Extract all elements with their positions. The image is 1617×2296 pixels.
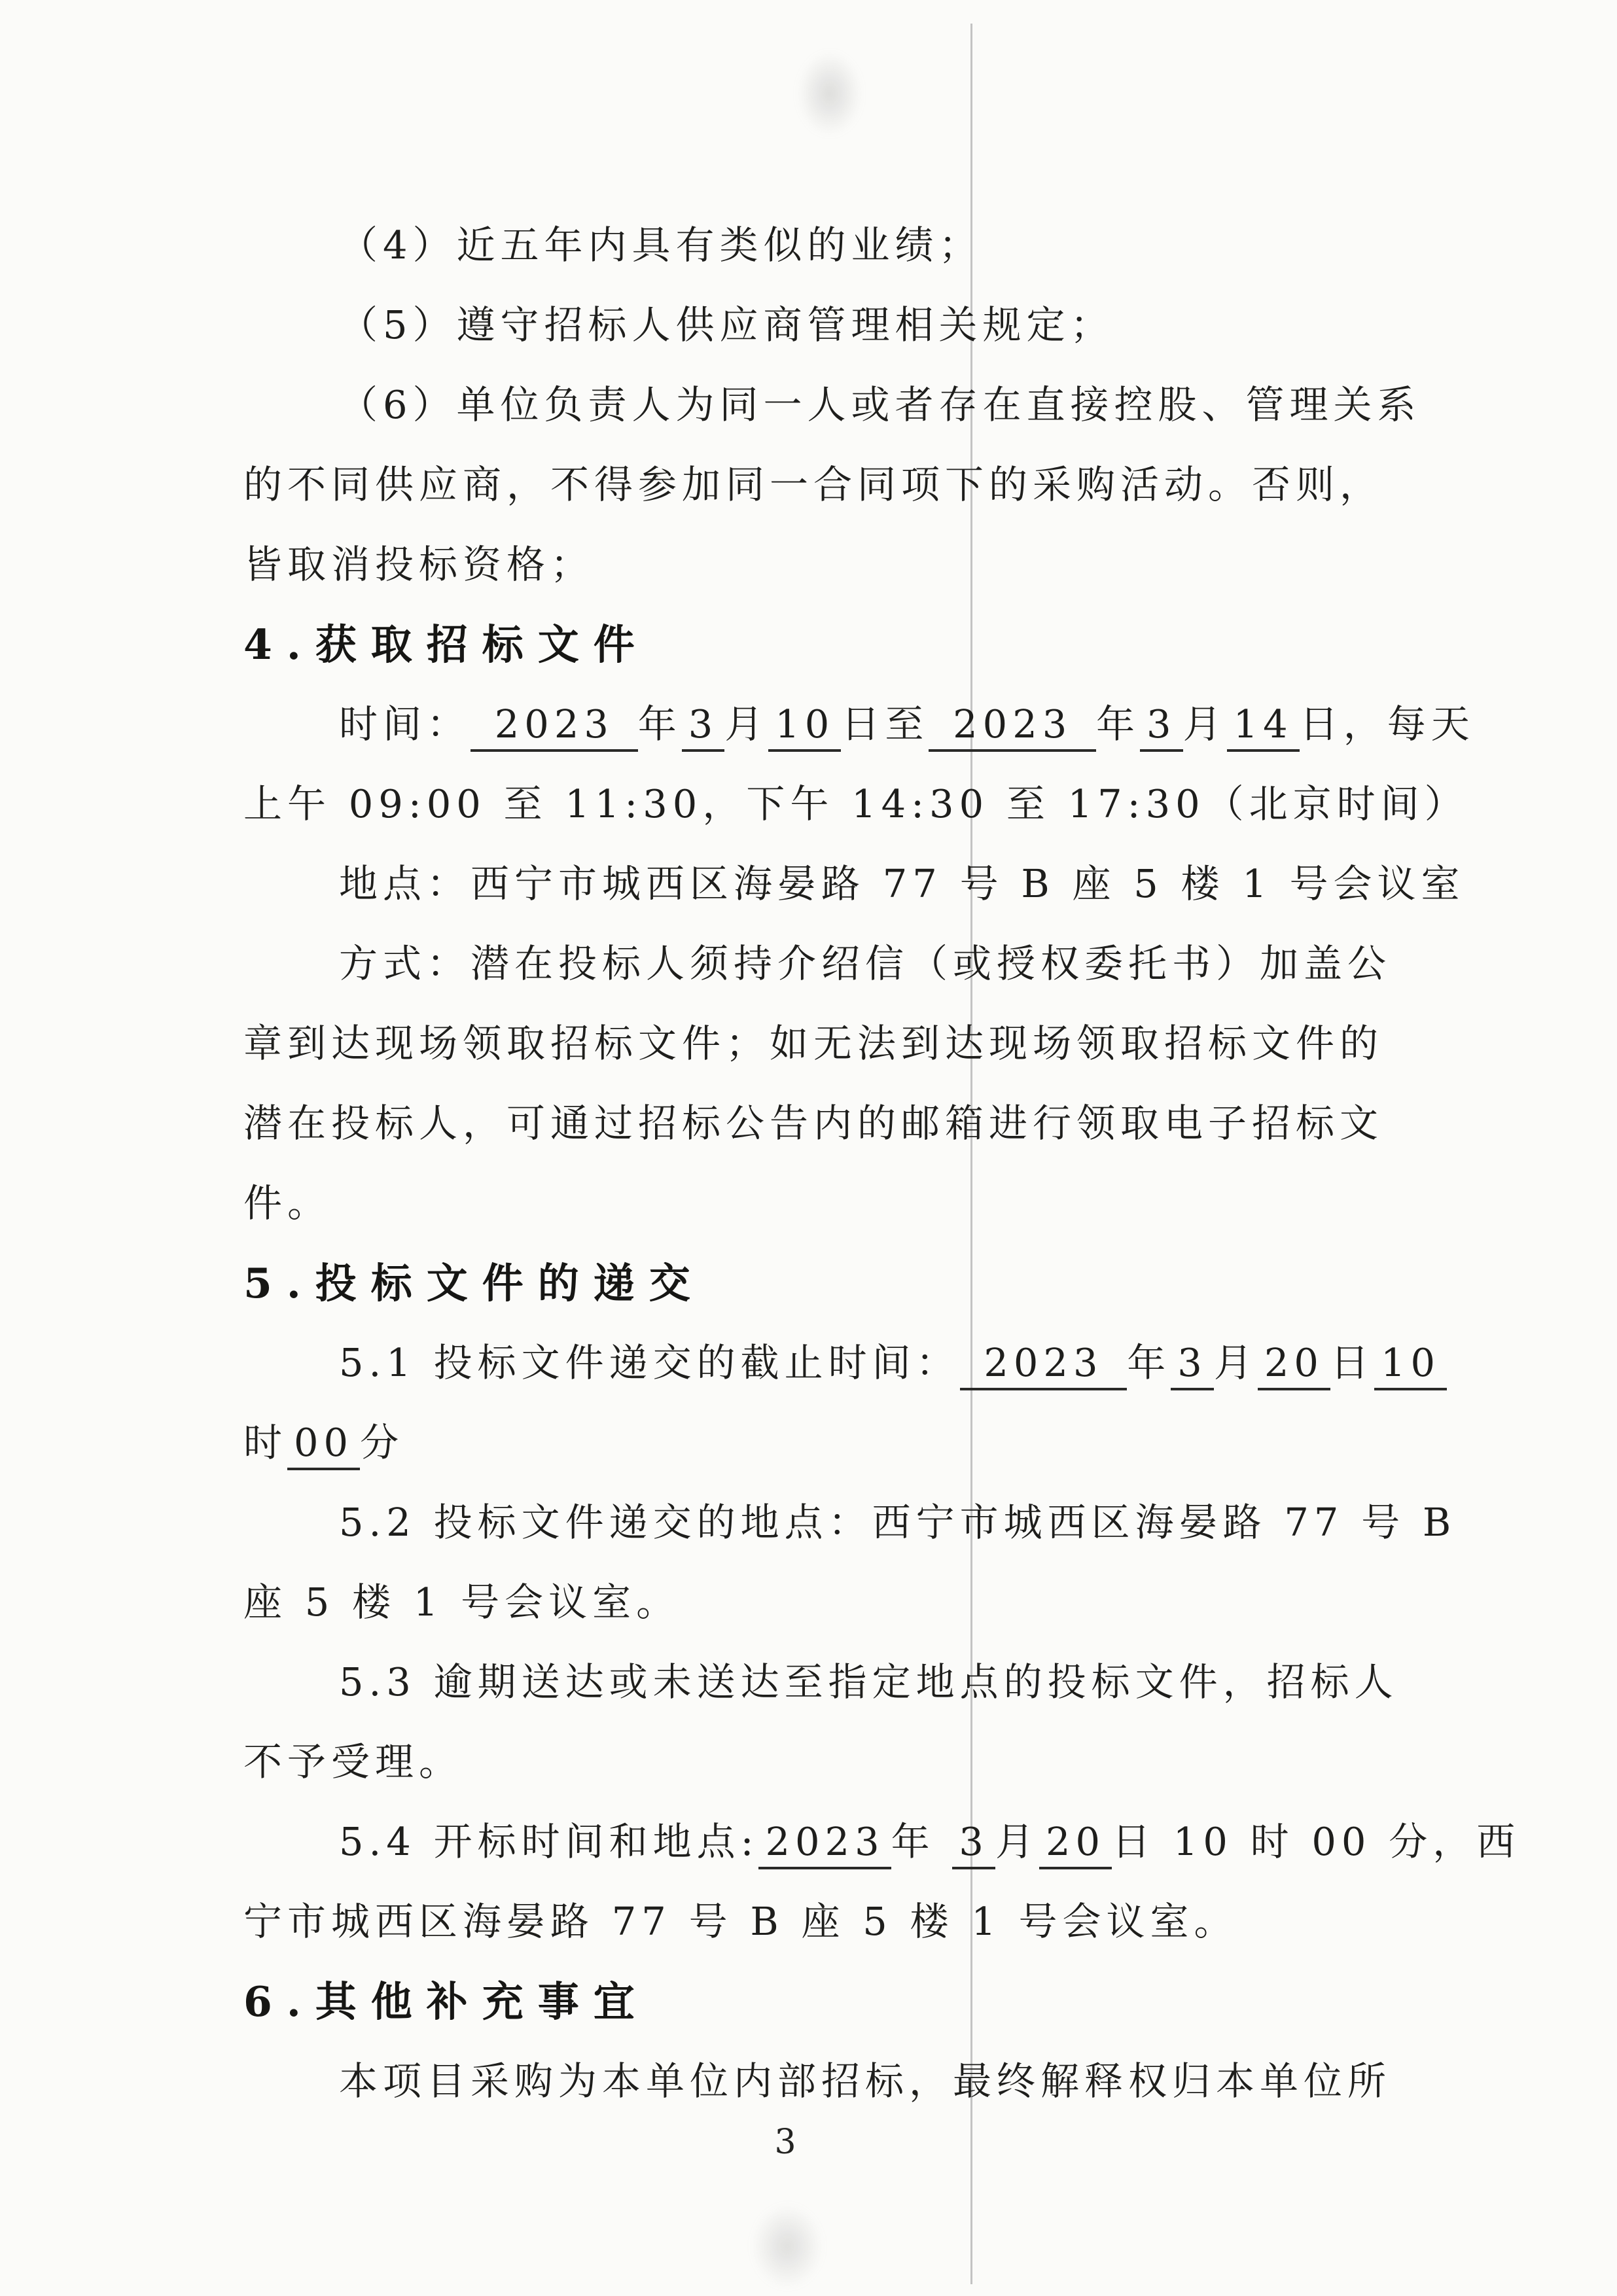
text-line: 5.2 投标文件递交的地点：西宁市城西区海晏路 77 号 B: [243, 1483, 1441, 1563]
scanned-page: { "page": { "number": "3", "colors": { "…: [0, 0, 1617, 2296]
text-segment: 5.2 投标文件递交的地点：西宁市城西区海晏路 77 号 B: [339, 1500, 1456, 1545]
text-line: 的不同供应商，不得参加同一合同项下的采购活动。否则，: [243, 445, 1441, 525]
text-segment: （4）近五年内具有类似的业绩；: [339, 222, 983, 268]
text-segment: 5.1 投标文件递交的截止时间：: [339, 1340, 960, 1385]
text-line: 地点：西宁市城西区海晏路 77 号 B 座 5 楼 1 号会议室: [243, 844, 1441, 924]
underlined-value: 3: [1140, 701, 1183, 752]
text-segment: （5）遵守招标人供应商管理相关规定；: [339, 302, 1114, 347]
text-line: 5.4 开标时间和地点:2023年 3月20日 10 时 00 分，西: [243, 1802, 1441, 1882]
text-segment: 本项目采购为本单位内部招标，最终解释权归本单位所: [339, 2058, 1391, 2104]
text-line: 5.1 投标文件递交的截止时间： 2023 年3月20日10: [243, 1323, 1441, 1403]
text-segment: 宁市城西区海晏路 77 号 B 座 5 楼 1 号会议室。: [243, 1899, 1238, 1944]
text-segment: 皆取消投标资格；: [243, 542, 594, 587]
underlined-value: 10: [1374, 1340, 1447, 1390]
text-segment: 5.3 逾期送达或未送达至指定地点的投标文件，招标人: [339, 1659, 1398, 1704]
section-heading: 4.获取招标文件: [243, 605, 1441, 684]
text-segment: 件。: [243, 1180, 331, 1226]
text-segment: 月: [724, 701, 768, 747]
underlined-value: 00: [287, 1420, 360, 1470]
text-segment: 月: [995, 1819, 1039, 1864]
text-line: 潜在投标人，可通过招标公告内的邮箱进行领取电子招标文: [243, 1084, 1441, 1163]
underlined-value: 14: [1227, 701, 1300, 752]
underlined-value: 3: [1171, 1340, 1214, 1390]
text-segment: 时: [243, 1420, 287, 1465]
section-heading: 5.投标文件的递交: [243, 1243, 1441, 1323]
text-segment: （6）单位负责人为同一人或者存在直接控股、管理关系: [339, 382, 1421, 427]
page-number: 3: [753, 2116, 818, 2168]
text-segment: 日至: [841, 701, 929, 747]
underlined-value: 20: [1039, 1819, 1112, 1869]
text-line: 5.3 逾期送达或未送达至指定地点的投标文件，招标人: [243, 1642, 1441, 1722]
text-line: （6）单位负责人为同一人或者存在直接控股、管理关系: [243, 365, 1441, 445]
underlined-value: 20: [1258, 1340, 1330, 1390]
text-line: 本项目采购为本单位内部招标，最终解释权归本单位所: [243, 2041, 1441, 2121]
text-segment: 日，每天: [1300, 701, 1475, 747]
underlined-value: 3: [682, 701, 725, 752]
text-segment: 上午 09:00 至 11:30，下午 14:30 至 17:30（北京时间）: [243, 781, 1468, 826]
text-segment: 时间：: [339, 701, 471, 747]
text-line: （5）遵守招标人供应商管理相关规定；: [243, 285, 1441, 365]
text-segment: 年: [638, 701, 682, 747]
text-line: 章到达现场领取招标文件；如无法到达现场领取招标文件的: [243, 1004, 1441, 1084]
text-segment: 日 10 时 00 分，西: [1112, 1819, 1520, 1864]
scan-smudge: [797, 51, 862, 136]
text-segment: 月: [1214, 1340, 1258, 1385]
text-line: 上午 09:00 至 11:30，下午 14:30 至 17:30（北京时间）: [243, 764, 1441, 844]
text-line: 方式：潜在投标人须持介绍信（或授权委托书）加盖公: [243, 924, 1441, 1004]
text-segment: 6.其他补充事宜: [243, 1977, 649, 2026]
text-line: 皆取消投标资格；: [243, 525, 1441, 605]
text-segment: 不予受理。: [243, 1739, 463, 1784]
text-segment: 年: [1127, 1340, 1171, 1385]
text-line: 件。: [243, 1163, 1441, 1243]
underlined-value: 2023: [960, 1340, 1128, 1390]
text-line: 不予受理。: [243, 1722, 1441, 1802]
text-segment: 地点：西宁市城西区海晏路 77 号 B 座 5 楼 1 号会议室: [339, 861, 1465, 906]
underlined-value: 2023: [929, 701, 1096, 752]
text-segment: 5.投标文件的递交: [243, 1259, 705, 1307]
text-segment: 座 5 楼 1 号会议室。: [243, 1580, 680, 1625]
text-segment: 的不同供应商，不得参加同一合同项下的采购活动。否则，: [243, 462, 1383, 507]
text-line: （4）近五年内具有类似的业绩；: [243, 205, 1441, 285]
underlined-value: 3: [952, 1819, 995, 1869]
text-segment: 月: [1183, 701, 1227, 747]
text-block: （4）近五年内具有类似的业绩；（5）遵守招标人供应商管理相关规定；（6）单位负责…: [243, 205, 1441, 2121]
text-segment: 5.4 开标时间和地点:: [339, 1819, 758, 1864]
text-segment: 潜在投标人，可通过招标公告内的邮箱进行领取电子招标文: [243, 1101, 1383, 1146]
underlined-value: 2023: [758, 1819, 891, 1869]
text-segment: 方式：潜在投标人须持介绍信（或授权委托书）加盖公: [339, 941, 1391, 986]
underlined-value: 10: [768, 701, 841, 752]
text-segment: 年: [1096, 701, 1140, 747]
text-segment: 章到达现场领取招标文件；如无法到达现场领取招标文件的: [243, 1021, 1383, 1066]
text-segment: 日: [1330, 1340, 1374, 1385]
text-line: 宁市城西区海晏路 77 号 B 座 5 楼 1 号会议室。: [243, 1882, 1441, 1962]
text-line: 时00分: [243, 1403, 1441, 1483]
text-segment: 年: [891, 1819, 953, 1864]
text-line: 座 5 楼 1 号会议室。: [243, 1563, 1441, 1642]
text-segment: 4.获取招标文件: [243, 620, 649, 669]
underlined-value: 2023: [471, 701, 638, 752]
text-line: 时间： 2023 年3月10日至 2023 年3月14日，每天: [243, 684, 1441, 764]
section-heading: 6.其他补充事宜: [243, 1962, 1441, 2041]
text-segment: 分: [360, 1420, 404, 1465]
scan-smudge: [751, 2204, 823, 2289]
